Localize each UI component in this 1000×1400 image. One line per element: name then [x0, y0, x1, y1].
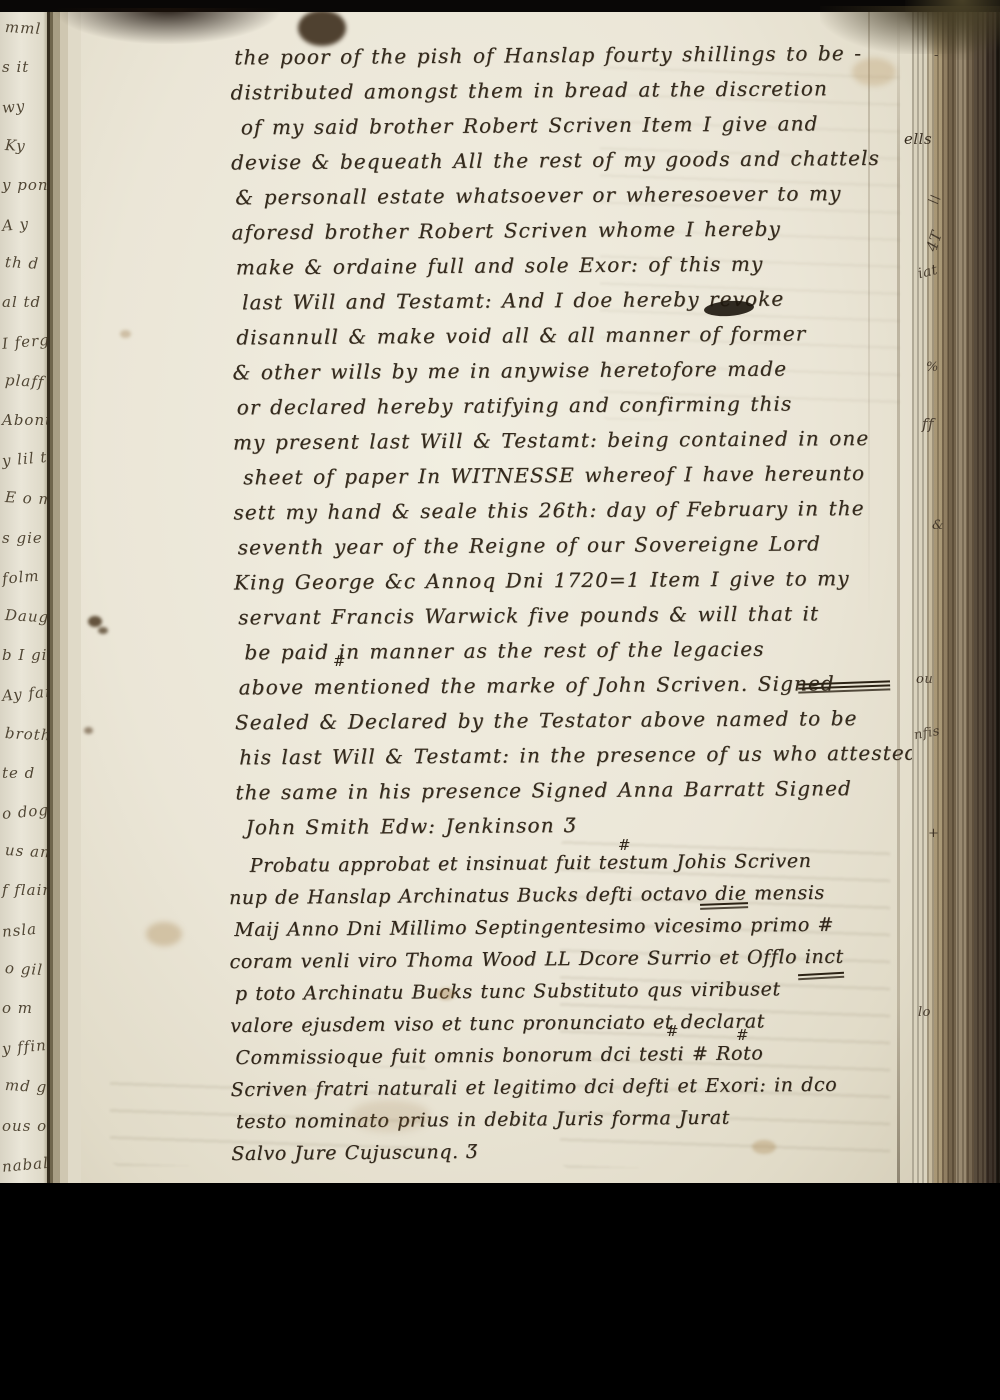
handwriting-fragment: ous o [0, 1107, 47, 1146]
fox-stain [298, 10, 346, 46]
handwriting-fragment: broth [0, 713, 48, 755]
handwriting-fragment: \\ [926, 192, 944, 208]
handwriting-fragment: wy [0, 85, 49, 128]
page-fore-edge: - ells \\ 4T iat % ff & ou nfis + lo [912, 0, 1000, 1183]
manuscript-line: the same in his presence Signed Anna Bar… [235, 771, 931, 811]
handwriting-fragment: & [932, 518, 944, 533]
insertion-mark: # [618, 836, 631, 854]
fox-stain [437, 988, 455, 1000]
manuscript-line: Sealed & Declared by the Testator above … [235, 701, 931, 741]
handwriting-fragment: E o m [0, 478, 48, 520]
manuscript-line: above mentioned the marke of John Scrive… [239, 666, 931, 706]
manuscript-line: Scriven fratri naturali et legitimo dci … [231, 1068, 936, 1106]
manuscript-line: distributed amongst them in bread at the… [230, 71, 926, 111]
manuscript-line: John Smith Edw: Jenkinson Ʒ [246, 806, 932, 846]
letterbox-bar [0, 1183, 1000, 1400]
handwriting-fragment: nabal L fly s Pts [0, 1144, 49, 1183]
handwriting-fragment: + [928, 826, 939, 841]
manuscript-line: his last Will & Testamt: in the presence… [239, 736, 931, 776]
handwriting-fragment: 4T [923, 228, 946, 253]
fox-stain [350, 1100, 430, 1132]
insertion-mark: # [666, 1022, 679, 1040]
manuscript-line: of my said brother Robert Scriven Item I… [241, 106, 927, 146]
handwriting-fragment: Abont [0, 401, 47, 440]
handwriting-fragment: o dogh [0, 791, 49, 834]
handwriting-fragment: lo [918, 1005, 931, 1020]
manuscript-line: King George &c Annoq Dni 1720=1 Item I g… [234, 561, 930, 601]
manuscript-line: disannull & make void all & all manner o… [236, 316, 928, 356]
handwriting-fragment: al td [0, 283, 47, 322]
will-text-block: the poor of the pish of Hanslap fourty s… [234, 36, 932, 846]
handwriting-fragment: o m [0, 989, 47, 1028]
fox-stain [120, 330, 131, 338]
handwriting-fragment: ells [904, 130, 932, 148]
fox-stain [84, 727, 93, 734]
handwriting-fragment: te d [0, 754, 47, 793]
manuscript-line: last Will and Testamt: And I doe hereby … [242, 281, 928, 321]
book-photo: mml s it wy Ky y pon A y th d al td I fe… [0, 0, 1000, 1183]
handwriting-fragment: th d [0, 243, 48, 285]
handwriting-fragment: y pon [0, 166, 47, 205]
manuscript-line: seventh year of the Reigne of our Sovere… [238, 526, 930, 566]
handwriting-fragment: o gil [0, 949, 48, 991]
handwriting-fragment: y lil to [0, 438, 49, 481]
handwriting-fragment: plaff [0, 361, 48, 403]
handwriting-fragment: us am [0, 831, 48, 873]
handwriting-fragment: I ferg [0, 321, 49, 364]
manuscript-line: aforesd brother Robert Scriven whome I h… [231, 211, 927, 251]
facing-page-text-fragments: mml s it wy Ky y pon A y th d al td I fe… [0, 5, 47, 1183]
handwriting-fragment: Daught [0, 596, 48, 638]
binding-shadow [55, 8, 280, 44]
handwriting-fragment: md g fim [0, 1066, 48, 1108]
probate-text-block: Probatu approbat et insinuat fuit testum… [234, 844, 937, 1170]
insertion-mark: # [333, 652, 346, 670]
handwriting-fragment: y ffind [0, 1026, 49, 1069]
handwriting-fragment: f flair [0, 871, 47, 910]
page-crease [868, 0, 870, 620]
handwriting-fragment: ou [916, 672, 933, 687]
handwriting-fragment: s gie [0, 519, 47, 558]
manuscript-line: Salvo Jure Cujuscunq. Ʒ [231, 1132, 936, 1170]
fox-stain [852, 58, 896, 86]
handwriting-fragment: nsla [0, 909, 49, 952]
handwriting-fragment: mml [0, 8, 48, 50]
manuscript-line: or declared hereby ratifying and confirm… [237, 386, 929, 426]
insertion-mark: # [736, 1026, 749, 1044]
manuscript-line: & personall estate whatsoever or whereso… [235, 176, 927, 216]
fore-edge-corner-shadow [905, 0, 1000, 60]
handwriting-fragment: A y [0, 203, 49, 246]
fox-stain [752, 1140, 776, 1154]
manuscript-line: be paid in manner as the rest of the leg… [244, 631, 930, 671]
gutter-shadow [47, 0, 81, 1183]
manuscript-line: servant Francis Warwick five pounds & wi… [238, 596, 930, 636]
page-crease [897, 0, 900, 1183]
handwriting-fragment: nfis [913, 724, 941, 743]
handwriting-fragment: Ay fam [0, 673, 49, 716]
manuscript-line: my present last Will & Testamt: being co… [233, 421, 929, 461]
manuscript-line: make & ordaine full and sole Exor: of th… [236, 246, 928, 286]
handwriting-fragment: ff [922, 415, 934, 433]
handwriting-fragment: s it [0, 48, 47, 87]
handwriting-fragment: folm [0, 556, 49, 599]
handwriting-fragment: Ky [0, 125, 48, 167]
handwriting-fragment: iat [916, 262, 939, 282]
manuscript-line: devise & bequeath All the rest of my goo… [231, 141, 927, 181]
handwriting-fragment: % [926, 360, 939, 375]
handwriting-fragment: b I gie [0, 636, 47, 675]
fox-stain [146, 922, 182, 946]
facing-page-edge: mml s it wy Ky y pon A y th d al td I fe… [0, 5, 47, 1183]
fox-stain [88, 616, 102, 627]
manuscript-line: & other wills by me in anywise heretofor… [232, 351, 928, 391]
manuscript-line: sheet of paper In WITNESSE whereof I hav… [243, 456, 929, 496]
manuscript-line: sett my hand & seale this 26th: day of F… [233, 491, 929, 531]
manuscript-photo-screenshot: mml s it wy Ky y pon A y th d al td I fe… [0, 0, 1000, 1400]
